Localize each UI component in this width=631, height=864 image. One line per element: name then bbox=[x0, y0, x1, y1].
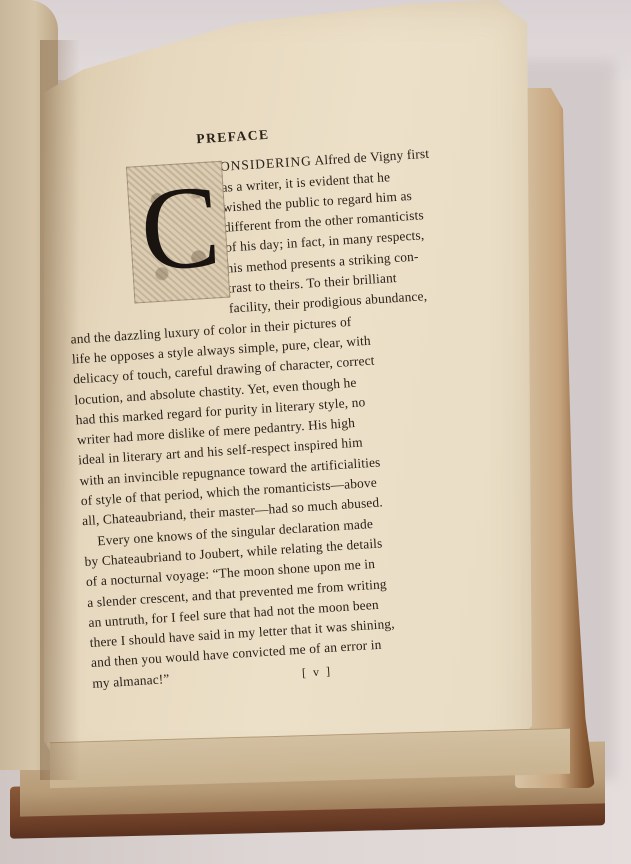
first-word: ONSIDERING bbox=[220, 153, 313, 174]
text-line-content: Alfred de Vigny first bbox=[314, 146, 429, 168]
ornamental-initial: C bbox=[126, 161, 230, 304]
page-text: PREFACE C ONSIDERING Alfred de Vigny fir… bbox=[58, 114, 472, 696]
opening-paragraph: C ONSIDERING Alfred de Vigny first as a … bbox=[60, 143, 462, 531]
drop-cap-letter: C bbox=[137, 166, 223, 291]
